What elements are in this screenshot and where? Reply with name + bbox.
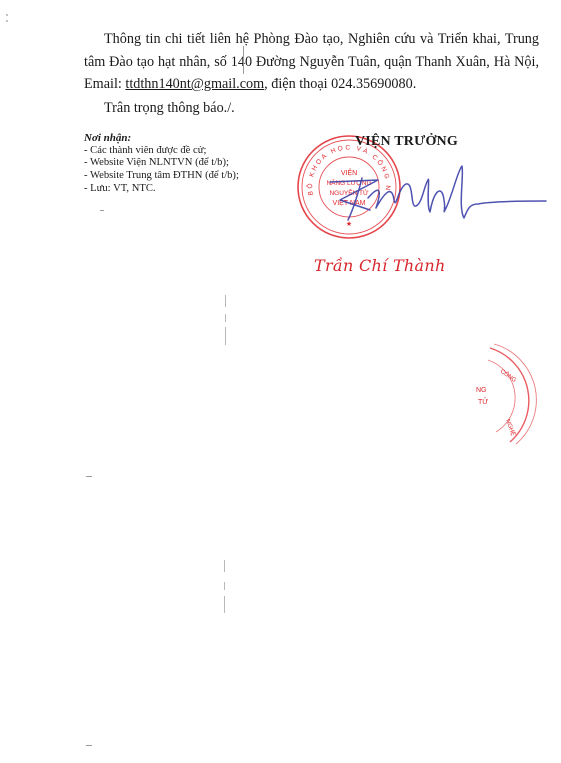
scan-artifact <box>225 295 226 307</box>
scan-artifact <box>6 20 8 22</box>
phone-text: , điện thoại 024.35690080. <box>264 76 416 92</box>
scan-artifact <box>86 745 92 746</box>
contact-paragraph: Thông tin chi tiết liên hệ Phòng Đào tạo… <box>84 28 539 96</box>
scan-artifact <box>100 210 104 211</box>
partial-seal-icon: CÔNG NGHỆ NG TỬ <box>470 340 561 450</box>
svg-text:NGHỆ: NGHỆ <box>504 418 517 437</box>
svg-text:NG: NG <box>476 387 487 394</box>
position-title: VIỆN TRƯỞNG <box>355 134 458 150</box>
scan-artifact <box>243 46 244 74</box>
signer-name: Trần Chí Thành <box>314 256 446 275</box>
recipient-item: - Các thành viên được đề cử; <box>84 145 239 158</box>
scan-artifact <box>224 582 225 590</box>
svg-text:CÔNG: CÔNG <box>499 368 518 384</box>
recipients-title: Nơi nhận: <box>84 132 239 145</box>
scan-artifact <box>225 314 226 322</box>
email-link[interactable]: ttdthn140nt@gmail.com <box>125 76 264 92</box>
scan-artifact <box>86 476 92 477</box>
scan-artifact <box>6 14 8 16</box>
signature-icon <box>318 160 548 230</box>
recipient-item: - Website Trung tâm ĐTHN (để t/b); <box>84 170 239 183</box>
recipients-block: Nơi nhận: - Các thành viên được đề cử; -… <box>84 132 239 196</box>
scan-artifact <box>224 560 225 572</box>
svg-text:TỬ: TỬ <box>478 397 488 406</box>
closing-text: Trân trọng thông báo./. <box>104 97 235 120</box>
scan-artifact <box>225 327 226 345</box>
scan-artifact <box>224 596 225 613</box>
recipient-item: - Website Viện NLNTVN (để t/b); <box>84 157 239 170</box>
recipient-item: - Lưu: VT, NTC. <box>84 183 239 196</box>
